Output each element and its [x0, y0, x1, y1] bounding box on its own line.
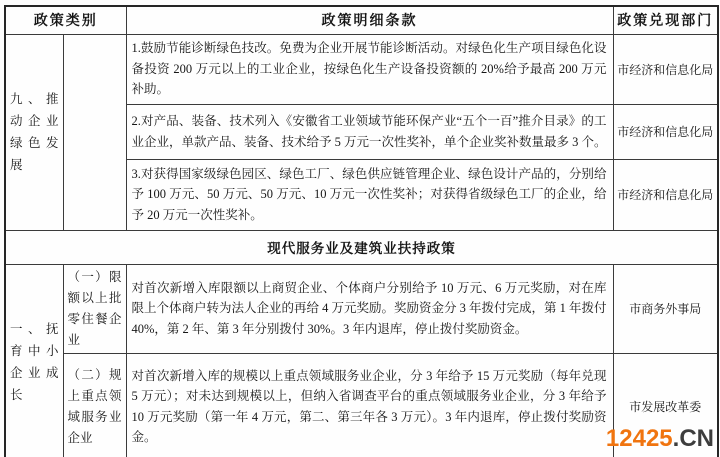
header-policy-category: 政策类别 — [5, 6, 126, 34]
header-policy-department: 政策兑现部门 — [613, 6, 718, 34]
policy-table: 政策类别 政策明细条款 政策兑现部门 九、推动企业绿色发展 1.鼓励节能诊断绿色… — [4, 5, 719, 457]
category-cell-green-development: 九、推动企业绿色发展 — [5, 34, 63, 230]
department-cell-green-2: 市经济和信息化局 — [613, 104, 718, 159]
subcategory-cell-retail-catering: （一）限额以上批零住餐企业 — [63, 264, 126, 353]
policy-text-green-3: 3.对获得国家级绿色园区、绿色工厂、绿色供应链管理企业、绿色设计产品的，分别给予… — [126, 159, 613, 230]
table-row: 一、抚育中小企业成长 （一）限额以上批零住餐企业 对首次新增入库限额以上商贸企业… — [5, 264, 718, 353]
policy-text-sme-1: 对首次新增入库限额以上商贸企业、个体商户分别给予 10 万元、6 万元奖励，对在… — [126, 264, 613, 353]
department-cell-green-3: 市经济和信息化局 — [613, 159, 718, 230]
table-header-row: 政策类别 政策明细条款 政策兑现部门 — [5, 6, 718, 34]
policy-text-sme-2: 对首次新增入库的规模以上重点领域服务业企业，分 3 年给予 15 万元奖励（每年… — [126, 353, 613, 457]
watermark-site-number: 12425 — [606, 425, 673, 452]
table-row: 九、推动企业绿色发展 1.鼓励节能诊断绿色技改。免费为企业开展节能诊断活动。对绿… — [5, 34, 718, 104]
header-policy-detail: 政策明细条款 — [126, 6, 613, 34]
watermark-tld: .CN — [673, 425, 714, 452]
section-banner-row: 现代服务业及建筑业扶持政策 — [5, 230, 718, 264]
category-cell-sme-growth: 一、抚育中小企业成长 — [5, 264, 63, 457]
department-cell-green-1: 市经济和信息化局 — [613, 34, 718, 104]
subcategory-empty-cell — [63, 34, 126, 230]
department-cell-sme-1: 市商务外事局 — [613, 264, 718, 353]
subcategory-cell-key-services: （二）规上重点领域服务业企业 — [63, 353, 126, 457]
section-banner-title: 现代服务业及建筑业扶持政策 — [5, 230, 718, 264]
site-watermark: 12425.CN — [606, 427, 714, 451]
scanned-policy-document: 政策类别 政策明细条款 政策兑现部门 九、推动企业绿色发展 1.鼓励节能诊断绿色… — [0, 0, 720, 457]
policy-text-green-1: 1.鼓励节能诊断绿色技改。免费为企业开展节能诊断活动。对绿色化生产项目绿色化设备… — [126, 34, 613, 104]
policy-text-green-2: 2.对产品、装备、技术列入《安徽省工业领域节能环保产业“五个一百”推介目录》的工… — [126, 104, 613, 159]
